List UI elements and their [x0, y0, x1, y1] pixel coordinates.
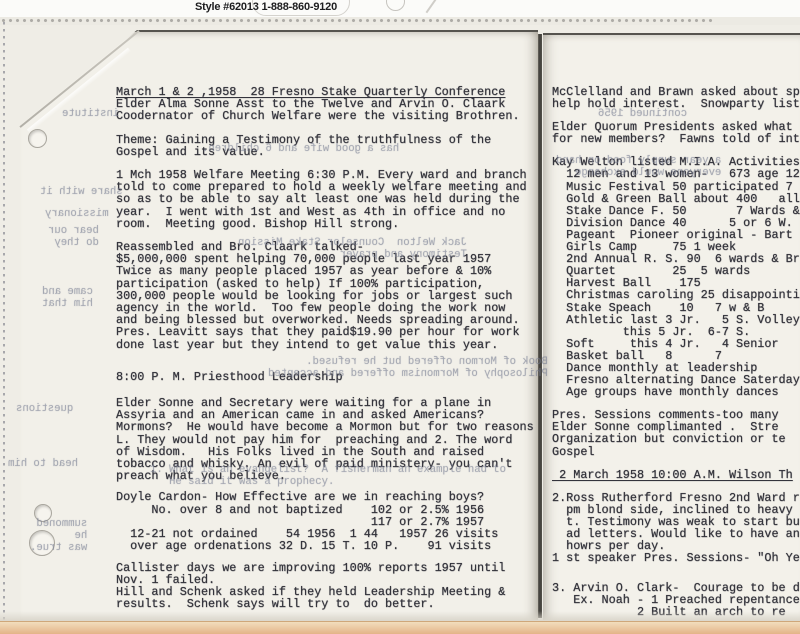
ghost-text-bear-our: bear our do they	[48, 225, 99, 249]
ghost-text-evangelist: 1. What is an evangelist? A fisherman an…	[150, 464, 506, 488]
ghost-text-supply: a year supply food on hand everyone woul…	[556, 155, 721, 179]
ghost-text-came-and: came and him that	[42, 286, 93, 310]
scanned-document: Style #62013 1-888-860-9120 March 1 & 2 …	[0, 0, 800, 634]
ghost-text-summoned: summoned he was true.	[30, 518, 87, 554]
scallop-border	[0, 17, 714, 25]
ghost-text-mormon: Book of Mormon offered but he refused. P…	[268, 356, 548, 380]
ghost-text-missionary: missionary	[45, 208, 109, 220]
album-sleeve-band: Style #62013 1-888-860-9120	[0, 0, 800, 17]
perforated-edge	[3, 22, 5, 634]
mcclelland-paragraph: McClelland and Brawn asked about sp help…	[552, 86, 800, 110]
callister-paragraph: Callister days we are improving 100% rep…	[116, 562, 540, 611]
intro-paragraph: Elder Alma Sonne Asst to the Twelve and …	[116, 98, 540, 122]
ross-rutherford-paragraph: 2.Ross Rutherford Fresno 2nd Ward r pm b…	[552, 492, 800, 565]
right-page: McClelland and Brawn asked about sp help…	[543, 33, 800, 620]
ghost-text-institute: institute	[62, 108, 119, 120]
doyle-cardon-stats: Doyle Cardon- How Effective are we in re…	[116, 491, 540, 552]
ghost-text-head-to-him: head to him	[8, 458, 78, 470]
mia-activities-list: Kay Welton listed M.I.A. Activities 12 m…	[552, 156, 800, 398]
ghost-text-share: share with it	[40, 186, 123, 198]
punch-hole-top	[28, 129, 47, 148]
page-spine	[538, 34, 542, 618]
ghost-text-welton: Jack Welton Counselor Stake Mission Test…	[238, 237, 467, 261]
welfare-meeting-paragraph: 1 Mch 1958 Welfare Meeting 6:30 P.M. Eve…	[116, 169, 540, 230]
pres-sessions-paragraph: Pres. Sessions comments-too many Elder S…	[552, 409, 800, 457]
album-notch	[386, 0, 405, 11]
ghost-text-questions: questions	[16, 403, 73, 415]
album-bottom-band	[0, 621, 800, 634]
elder-quorum-paragraph: Elder Quorum Presidents asked what for n…	[552, 121, 800, 145]
left-column: March 1 & 2 ,1958 28 Fresno Stake Quarte…	[116, 86, 540, 610]
ghost-text-wife: has a good wife and 6 children.	[202, 143, 399, 155]
album-tick-mark	[426, 0, 436, 13]
album-style-label: Style #62013 1-888-860-9120	[195, 1, 337, 13]
march2-heading: 2 March 1958 10:00 A.M. Wilson Th	[552, 469, 800, 481]
ghost-text-continued: continued 1956	[598, 108, 687, 120]
